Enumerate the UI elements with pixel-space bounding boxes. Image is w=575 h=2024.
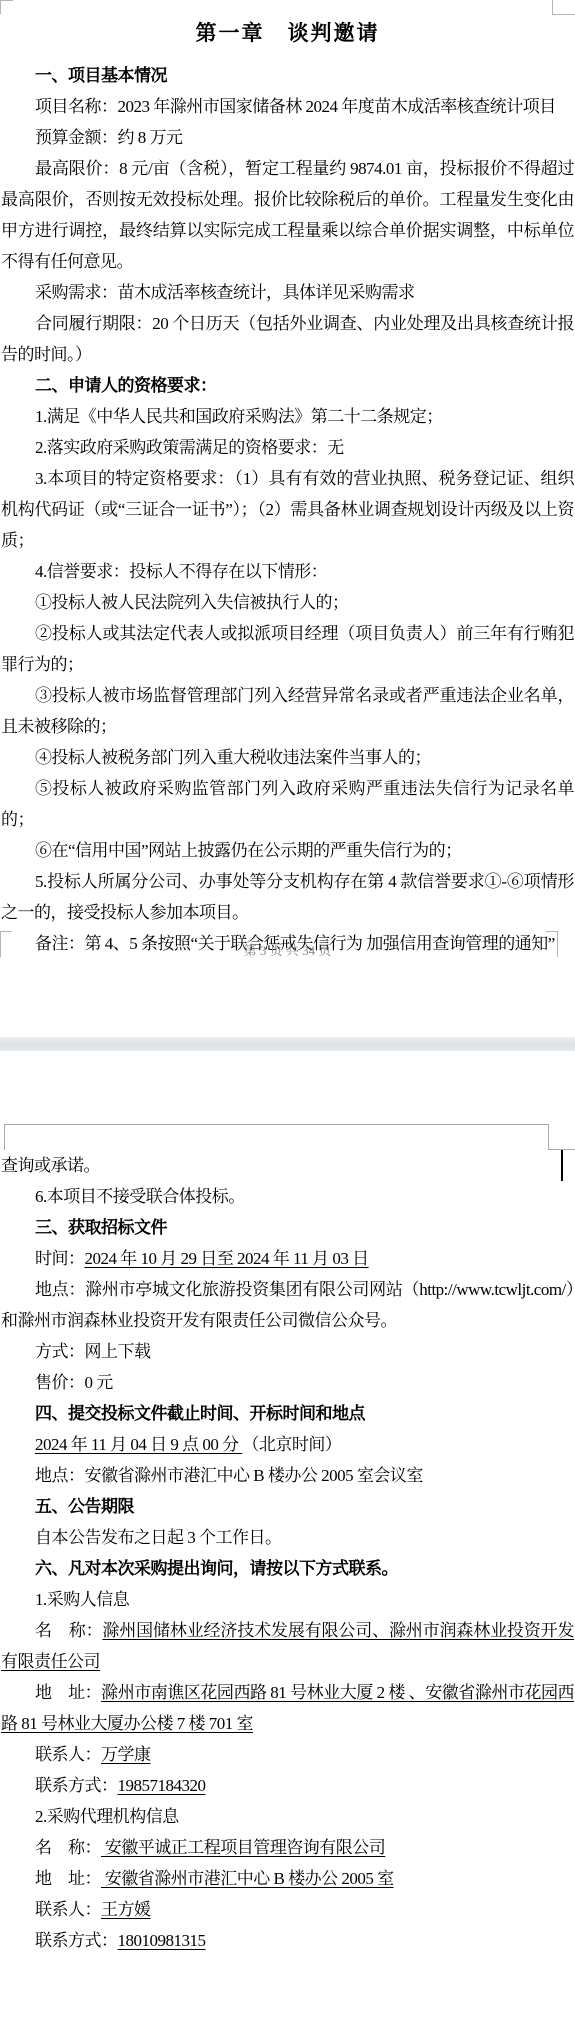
- paragraph: 地 址：滁州市南谯区花园西路 81 号林业大厦 2 楼 、安徽省滁州市花园西路 …: [1, 1677, 574, 1739]
- paragraph: 地 址： 安徽省滁州市港汇中心 B 楼办公 2005 室: [1, 1863, 574, 1894]
- paragraph: 四、提交投标文件截止时间、开标时间和地点: [1, 1398, 574, 1429]
- page4-paragraphs: 查询或承诺。6.本项目不接受联合体投标。三、获取招标文件时间：2024 年 10…: [1, 1150, 574, 1956]
- paragraph: 预算金额：约 8 万元: [1, 122, 574, 153]
- document-page-4: 查询或承诺。6.本项目不接受联合体投标。三、获取招标文件时间：2024 年 10…: [0, 1051, 575, 2024]
- text-run: 时间：: [35, 1249, 85, 1268]
- page3-content: 第一章 谈判邀请 一、项目基本情况项目名称：2023 年滁州市国家储备林 202…: [0, 0, 575, 959]
- paragraph: 联系方式：19857184320: [1, 1770, 574, 1801]
- text-boundary-corner-top-right: [552, 0, 575, 15]
- text-run: 预算金额：约 8 万元: [35, 128, 183, 147]
- paragraph: 联系方式：18010981315: [1, 1925, 574, 1956]
- text-run: 6.本项目不接受联合体投标。: [35, 1187, 245, 1206]
- paragraph: 二、申请人的资格要求：: [1, 370, 574, 401]
- underlined-text-run: 2024 年 11 月 04 日 9 点 00 分: [35, 1435, 242, 1454]
- paragraph: 三、获取招标文件: [1, 1212, 574, 1243]
- paragraph: 自本公告发布之日起 3 个工作日。: [1, 1522, 574, 1553]
- text-run: 3.本项目的特定资格要求：（1）具有有效的营业执照、税务登记证、组织机构代码证（…: [1, 469, 574, 550]
- text-run: 售价：0 元: [35, 1373, 113, 1392]
- text-run: ⑤投标人被政府采购监管部门列入政府采购严重违法失信行为记录名单的；: [1, 779, 574, 829]
- paragraph: 六、凡对本次采购提出询问，请按以下方式联系。: [1, 1553, 574, 1584]
- text-run: 联系方式：: [35, 1931, 118, 1950]
- text-run: 三、获取招标文件: [35, 1218, 167, 1237]
- underlined-text-run: 18010981315: [118, 1931, 206, 1950]
- text-run: 四、提交投标文件截止时间、开标时间和地点: [35, 1404, 365, 1423]
- page-number-footer: 第 3 页 共 34 页: [0, 942, 575, 960]
- paragraph: 1.满足《中华人民共和国政府采购法》第二十二条规定；: [1, 401, 574, 432]
- text-run: 合同履行期限：20 个日历天（包括外业调查、内业处理及出具核查统计报告的时间。）: [1, 314, 574, 364]
- text-run: 2.采购代理机构信息: [35, 1807, 179, 1826]
- text-run: 采购需求：苗木成活率核查统计，具体详见采购需求: [35, 283, 415, 302]
- paragraph: 2024 年 11 月 04 日 9 点 00 分 （北京时间）: [1, 1429, 574, 1460]
- underlined-text-run: 安徽平诚正工程项目管理咨询有限公司: [101, 1838, 385, 1857]
- underlined-text-run: 万学康: [101, 1745, 151, 1764]
- paragraph: 采购需求：苗木成活率核查统计，具体详见采购需求: [1, 277, 574, 308]
- text-run: 1.采购人信息: [35, 1590, 129, 1609]
- text-run: ④投标人被税务部门列入重大税收违法案件当事人的；: [35, 748, 431, 767]
- text-run: 二、申请人的资格要求：: [35, 376, 217, 395]
- page-separator: [0, 1037, 575, 1051]
- paragraph: 地点：滁州市亭城文化旅游投资集团有限公司网站（http://www.tcwljt…: [1, 1274, 574, 1336]
- paragraph: 时间：2024 年 10 月 29 日至 2024 年 11 月 03 日: [1, 1243, 574, 1274]
- underlined-text-run: 安徽省滁州市港汇中心 B 楼办公 2005 室: [101, 1869, 394, 1888]
- page3-paragraphs: 一、项目基本情况项目名称：2023 年滁州市国家储备林 2024 年度苗木成活率…: [1, 60, 574, 959]
- document-viewer: 第一章 谈判邀请 一、项目基本情况项目名称：2023 年滁州市国家储备林 202…: [0, 0, 575, 2024]
- paragraph: 4.信誉要求：投标人不得存在以下情形：: [1, 556, 574, 587]
- text-run: 4.信誉要求：投标人不得存在以下情形：: [35, 562, 327, 581]
- text-run: 五、公告期限: [35, 1497, 134, 1516]
- document-page-3: 第一章 谈判邀请 一、项目基本情况项目名称：2023 年滁州市国家储备林 202…: [0, 0, 575, 1037]
- paragraph: 3.本项目的特定资格要求：（1）具有有效的营业执照、税务登记证、组织机构代码证（…: [1, 463, 574, 556]
- text-cursor: [561, 1150, 563, 1181]
- paragraph: 一、项目基本情况: [1, 60, 574, 91]
- paragraph: ⑥在“信用中国”网站上披露仍在公示期的严重失信行为的；: [1, 835, 574, 866]
- text-run: ③投标人被市场监督管理部门列入经营异常名录或者严重违法企业名单，且未被移除的；: [1, 686, 574, 736]
- text-run: 项目名称：2023 年滁州市国家储备林 2024 年度苗木成活率核查统计项目: [35, 97, 556, 116]
- paragraph: 地点：安徽省滁州市港汇中心 B 楼办公 2005 室会议室: [1, 1460, 574, 1491]
- chapter-title: 第一章 谈判邀请: [1, 18, 574, 48]
- paragraph: ⑤投标人被政府采购监管部门列入政府采购严重违法失信行为记录名单的；: [1, 773, 574, 835]
- text-run: 名 称：: [35, 1621, 102, 1640]
- text-run: 地点：滁州市亭城文化旅游投资集团有限公司网站（http://www.tcwljt…: [1, 1280, 574, 1330]
- paragraph: 联系人：王方媛: [1, 1894, 574, 1925]
- text-run: ①投标人被人民法院列入失信被执行人的；: [35, 593, 349, 612]
- paragraph: 1.采购人信息: [1, 1584, 574, 1615]
- text-run: 名 称：: [35, 1838, 101, 1857]
- text-run: 自本公告发布之日起 3 个工作日。: [35, 1528, 282, 1547]
- text-run: 查询或承诺。: [1, 1156, 100, 1175]
- paragraph: 联系人：万学康: [1, 1739, 574, 1770]
- paragraph: 项目名称：2023 年滁州市国家储备林 2024 年度苗木成活率核查统计项目: [1, 91, 574, 122]
- paragraph: 名 称： 安徽平诚正工程项目管理咨询有限公司: [1, 1832, 574, 1863]
- text-run: ②投标人或其法定代表人或拟派项目经理（项目负责人）前三年有行贿犯罪行为的；: [1, 624, 574, 674]
- paragraph: ①投标人被人民法院列入失信被执行人的；: [1, 587, 574, 618]
- text-run: 2.落实政府采购政策需满足的资格要求：无: [35, 438, 344, 457]
- text-run: 联系方式：: [35, 1776, 118, 1795]
- text-run: 联系人：: [35, 1900, 101, 1919]
- text-run: （北京时间）: [242, 1435, 341, 1454]
- paragraph: 方式：网上下载: [1, 1336, 574, 1367]
- paragraph: 五、公告期限: [1, 1491, 574, 1522]
- paragraph: 售价：0 元: [1, 1367, 574, 1398]
- paragraph: ③投标人被市场监督管理部门列入经营异常名录或者严重违法企业名单，且未被移除的；: [1, 680, 574, 742]
- paragraph: 5.投标人所属分公司、办事处等分支机构存在第 4 款信誉要求①-⑥项情形之一的，…: [1, 866, 574, 928]
- paragraph: 名 称：滁州国储林业经济技术发展有限公司、滁州市润森林业投资开发有限责任公司: [1, 1615, 574, 1677]
- paragraph: 2.落实政府采购政策需满足的资格要求：无: [1, 432, 574, 463]
- text-run: 地 址：: [35, 1683, 101, 1702]
- underlined-text-run: 19857184320: [118, 1776, 206, 1795]
- text-run: 六、凡对本次采购提出询问，请按以下方式联系。: [35, 1559, 398, 1578]
- text-run: 方式：网上下载: [35, 1342, 151, 1361]
- paragraph: 最高限价：8 元/亩（含税），暂定工程量约 9874.01 亩，投标报价不得超过…: [1, 153, 574, 277]
- paragraph: 2.采购代理机构信息: [1, 1801, 574, 1832]
- paragraph: 6.本项目不接受联合体投标。: [1, 1181, 574, 1212]
- text-run: 最高限价：8 元/亩（含税），暂定工程量约 9874.01 亩，投标报价不得超过…: [1, 159, 574, 271]
- text-run: 地点：安徽省滁州市港汇中心 B 楼办公 2005 室会议室: [35, 1466, 423, 1485]
- page4-content: 查询或承诺。6.本项目不接受联合体投标。三、获取招标文件时间：2024 年 10…: [0, 1051, 575, 1956]
- text-run: 联系人：: [35, 1745, 101, 1764]
- paragraph: 合同履行期限：20 个日历天（包括外业调查、内业处理及出具核查统计报告的时间。）: [1, 308, 574, 370]
- text-run: ⑥在“信用中国”网站上披露仍在公示期的严重失信行为的；: [35, 841, 462, 860]
- paragraph: ④投标人被税务部门列入重大税收违法案件当事人的；: [1, 742, 574, 773]
- text-run: 地 址：: [35, 1869, 101, 1888]
- underlined-text-run: 王方媛: [101, 1900, 151, 1919]
- text-boundary-corner-top-left: [0, 0, 13, 14]
- text-run: 一、项目基本情况: [35, 66, 167, 85]
- paragraph: 查询或承诺。: [1, 1150, 574, 1181]
- text-run: 1.满足《中华人民共和国政府采购法》第二十二条规定；: [35, 407, 443, 426]
- text-run: 5.投标人所属分公司、办事处等分支机构存在第 4 款信誉要求①-⑥项情形之一的，…: [1, 872, 574, 922]
- underlined-text-run: 2024 年 10 月 29 日至 2024 年 11 月 03 日: [85, 1249, 369, 1268]
- paragraph: ②投标人或其法定代表人或拟派项目经理（项目负责人）前三年有行贿犯罪行为的；: [1, 618, 574, 680]
- text-boundary-top-line: [4, 1124, 549, 1150]
